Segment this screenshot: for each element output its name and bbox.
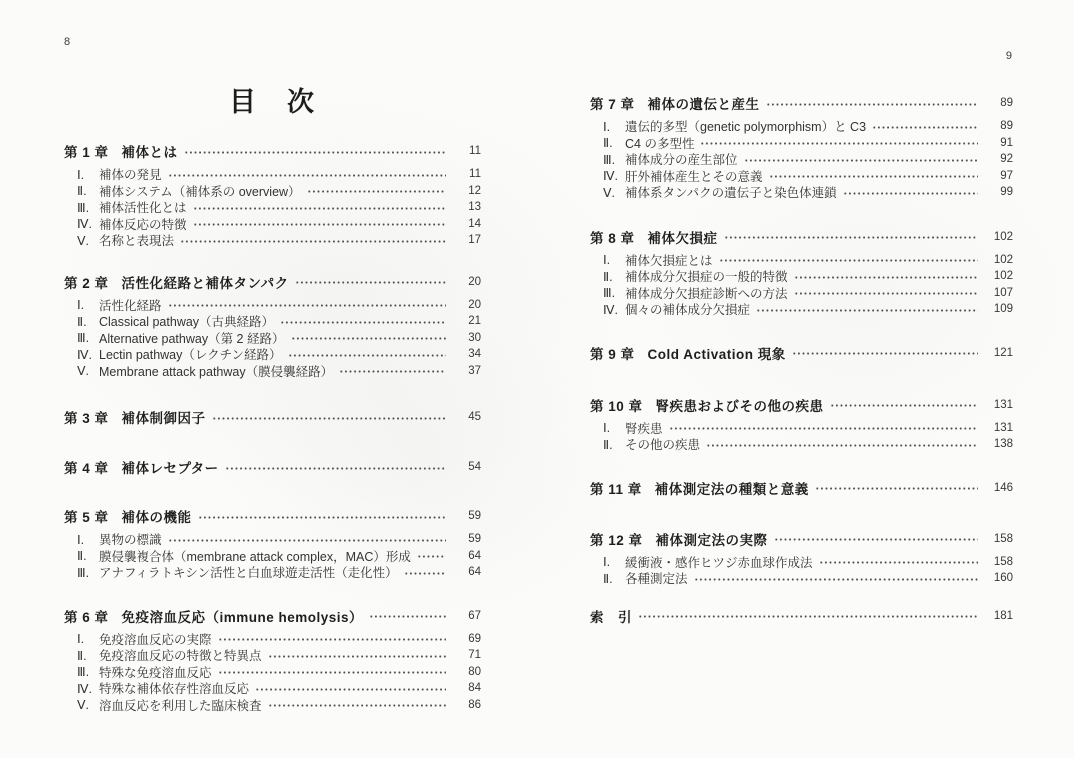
toc-item-row: Ⅲ. 補体活性化とは 13 bbox=[64, 199, 481, 216]
toc-item-row: Ⅰ. 補体欠損症とは 102 bbox=[590, 252, 1013, 269]
toc-item-row: Ⅱ. Classical pathway（古典経路） 21 bbox=[64, 313, 481, 330]
toc-item-row: Ⅱ. 免疫溶血反応の特徴と特異点 71 bbox=[64, 647, 481, 664]
dot-leader bbox=[843, 190, 978, 197]
item-label: 肝外補体産生とその意義 bbox=[625, 167, 763, 185]
toc-section: 第 4 章 補体レセプター 54 bbox=[64, 457, 481, 477]
item-label: その他の疾患 bbox=[625, 435, 700, 453]
item-page-ref: 17 bbox=[451, 234, 481, 246]
chapter-page-ref: 67 bbox=[451, 610, 481, 622]
toc-page-left: 8 目 次 第 1 章 補体とは 11 Ⅰ. 補体の発見 11 Ⅱ. 補体システ… bbox=[0, 0, 537, 758]
chapter-title: 補体とは bbox=[122, 141, 178, 161]
toc-item-row: Ⅱ. 膜侵襲複合体（membrane attack complex，MAC）形成… bbox=[64, 548, 481, 565]
toc-section: 第 6 章 免疫溶血反応（immune hemolysis） 67 Ⅰ. 免疫溶… bbox=[64, 606, 481, 714]
toc-section: 第 11 章 補体測定法の種類と意義 146 bbox=[590, 478, 1013, 498]
item-page-ref: 102 bbox=[983, 270, 1013, 282]
item-label: 補体成分欠損症の一般的特徴 bbox=[625, 267, 788, 285]
dot-leader bbox=[724, 234, 978, 241]
toc-item-row: Ⅰ. 免疫溶血反応の実際 69 bbox=[64, 631, 481, 648]
toc-items: Ⅰ. 免疫溶血反応の実際 69 Ⅱ. 免疫溶血反応の特徴と特異点 71 Ⅲ. 特… bbox=[64, 631, 481, 714]
dot-leader bbox=[769, 173, 978, 180]
page-right-content: 第 7 章 補体の遺伝と産生 89 Ⅰ. 遺伝的多型（genetic polym… bbox=[590, 0, 1013, 758]
item-page-ref: 86 bbox=[451, 699, 481, 711]
item-numeral: Ⅴ. bbox=[77, 363, 99, 378]
toc-items: Ⅰ. 補体の発見 11 Ⅱ. 補体システム（補体系の overview） 12 … bbox=[64, 166, 481, 249]
item-label: 特殊な補体依存性溶血反応 bbox=[99, 679, 249, 697]
item-page-ref: 89 bbox=[983, 120, 1013, 132]
item-page-ref: 160 bbox=[983, 572, 1013, 584]
item-numeral: Ⅳ. bbox=[77, 681, 99, 696]
dot-leader bbox=[694, 576, 978, 583]
item-numeral: Ⅰ. bbox=[77, 297, 99, 312]
dot-leader bbox=[756, 307, 978, 314]
item-page-ref: 34 bbox=[451, 348, 481, 360]
toc-item-row: Ⅲ. 特殊な免疫溶血反応 80 bbox=[64, 664, 481, 681]
chapter-page-ref: 89 bbox=[983, 97, 1013, 109]
dot-leader bbox=[417, 553, 446, 560]
dot-leader bbox=[706, 442, 978, 449]
dot-leader bbox=[212, 415, 446, 422]
dot-leader bbox=[404, 570, 446, 577]
dot-leader bbox=[288, 352, 446, 359]
chapter-page-ref: 102 bbox=[983, 231, 1013, 243]
toc-item-row: Ⅰ. 緩衝液・感作ヒツジ赤血球作成法 158 bbox=[590, 554, 1013, 571]
toc-section: 第 2 章 活性化経路と補体タンパク 20 Ⅰ. 活性化経路 20 Ⅱ. Cla… bbox=[64, 272, 481, 380]
toc-item-row: Ⅰ. 異物の標識 59 bbox=[64, 531, 481, 548]
toc-chapter-row: 第 4 章 補体レセプター 54 bbox=[64, 457, 481, 477]
dot-leader bbox=[794, 274, 978, 281]
item-page-ref: 84 bbox=[451, 682, 481, 694]
dot-leader bbox=[168, 302, 446, 309]
item-numeral: Ⅲ. bbox=[77, 200, 99, 215]
chapter-page-ref: 121 bbox=[983, 347, 1013, 359]
item-page-ref: 64 bbox=[451, 566, 481, 578]
item-page-ref: 30 bbox=[451, 332, 481, 344]
item-label: 遺伝的多型（genetic polymorphism）と C3 bbox=[625, 117, 866, 135]
item-label: 緩衝液・感作ヒツジ赤血球作成法 bbox=[625, 553, 813, 571]
chapter-page-ref: 131 bbox=[983, 399, 1013, 411]
item-label: 特殊な免疫溶血反応 bbox=[99, 663, 212, 681]
toc-chapter-row: 第 3 章 補体制御因子 45 bbox=[64, 407, 481, 427]
item-label: 補体活性化とは bbox=[99, 198, 187, 216]
chapter-title: 免疫溶血反応（immune hemolysis） bbox=[122, 606, 364, 626]
toc-item-row: Ⅱ. 補体システム（補体系の overview） 12 bbox=[64, 183, 481, 200]
item-numeral: Ⅳ. bbox=[603, 302, 625, 317]
toc-chapter-row: 第 9 章 Cold Activation 現象 121 bbox=[590, 343, 1013, 363]
dot-leader bbox=[225, 465, 446, 472]
toc-sections-left: 第 1 章 補体とは 11 Ⅰ. 補体の発見 11 Ⅱ. 補体システム（補体系の… bbox=[64, 141, 481, 713]
item-label: Classical pathway（古典経路） bbox=[99, 312, 274, 330]
dot-leader bbox=[792, 350, 978, 357]
dot-leader bbox=[744, 157, 978, 164]
toc-title: 目 次 bbox=[64, 80, 481, 119]
item-label: 補体の発見 bbox=[99, 165, 162, 183]
dot-leader bbox=[218, 669, 446, 676]
chapter-label: 第 6 章 bbox=[64, 606, 109, 626]
chapter-title: 補体の遺伝と産生 bbox=[648, 93, 760, 113]
dot-leader bbox=[180, 238, 446, 245]
dot-leader bbox=[774, 536, 978, 543]
toc-chapter-row: 第 7 章 補体の遺伝と産生 89 bbox=[590, 93, 1013, 113]
toc-item-row: Ⅳ. Lectin pathway（レクチン経路） 34 bbox=[64, 346, 481, 363]
toc-item-row: Ⅴ. Membrane attack pathway（膜侵襲経路） 37 bbox=[64, 363, 481, 380]
dot-leader bbox=[369, 613, 446, 620]
dot-leader bbox=[872, 124, 978, 131]
dot-leader bbox=[198, 514, 446, 521]
toc-items: Ⅰ. 遺伝的多型（genetic polymorphism）と C3 89 Ⅱ.… bbox=[590, 118, 1013, 201]
toc-items: Ⅰ. 補体欠損症とは 102 Ⅱ. 補体成分欠損症の一般的特徴 102 Ⅲ. 補… bbox=[590, 252, 1013, 318]
toc-section: 索 引 181 bbox=[590, 606, 1013, 626]
item-numeral: Ⅳ. bbox=[77, 216, 99, 231]
toc-item-row: Ⅱ. その他の疾患 138 bbox=[590, 436, 1013, 453]
dot-leader bbox=[280, 319, 446, 326]
dot-leader bbox=[638, 613, 978, 620]
toc-item-row: Ⅱ. 各種測定法 160 bbox=[590, 570, 1013, 587]
toc-chapter-row: 第 8 章 補体欠損症 102 bbox=[590, 227, 1013, 247]
toc-item-row: Ⅴ. 名称と表現法 17 bbox=[64, 232, 481, 249]
item-numeral: Ⅲ. bbox=[603, 285, 625, 300]
item-label: 補体欠損症とは bbox=[625, 251, 713, 269]
toc-item-row: Ⅴ. 溶血反応を利用した臨床検査 86 bbox=[64, 697, 481, 714]
dot-leader bbox=[815, 485, 978, 492]
chapter-page-ref: 59 bbox=[451, 510, 481, 522]
chapter-title: 腎疾患およびその他の疾患 bbox=[656, 395, 824, 415]
toc-item-row: Ⅰ. 活性化経路 20 bbox=[64, 297, 481, 314]
item-page-ref: 21 bbox=[451, 315, 481, 327]
toc-item-row: Ⅱ. C4 の多型性 91 bbox=[590, 135, 1013, 152]
item-label: 個々の補体成分欠損症 bbox=[625, 300, 750, 318]
chapter-label: 第 10 章 bbox=[590, 395, 643, 415]
item-numeral: Ⅱ. bbox=[77, 548, 99, 563]
dot-leader bbox=[830, 402, 978, 409]
toc-chapter-row: 第 12 章 補体測定法の実際 158 bbox=[590, 529, 1013, 549]
chapter-page-ref: 45 bbox=[451, 411, 481, 423]
item-numeral: Ⅳ. bbox=[603, 168, 625, 183]
item-page-ref: 14 bbox=[451, 218, 481, 230]
page-left-content: 目 次 第 1 章 補体とは 11 Ⅰ. 補体の発見 11 Ⅱ. 補体システム（… bbox=[64, 0, 481, 758]
toc-chapter-row: 第 6 章 免疫溶血反応（immune hemolysis） 67 bbox=[64, 606, 481, 626]
chapter-label: 索 引 bbox=[590, 606, 632, 626]
item-page-ref: 107 bbox=[983, 287, 1013, 299]
item-label: 補体反応の特徴 bbox=[99, 215, 187, 233]
chapter-page-ref: 20 bbox=[451, 276, 481, 288]
item-page-ref: 69 bbox=[451, 633, 481, 645]
item-page-ref: 20 bbox=[451, 299, 481, 311]
toc-sections-right: 第 7 章 補体の遺伝と産生 89 Ⅰ. 遺伝的多型（genetic polym… bbox=[590, 93, 1013, 626]
item-numeral: Ⅱ. bbox=[603, 437, 625, 452]
chapter-label: 第 2 章 bbox=[64, 272, 109, 292]
item-page-ref: 37 bbox=[451, 365, 481, 377]
item-label: C4 の多型性 bbox=[625, 134, 694, 152]
item-numeral: Ⅰ. bbox=[603, 554, 625, 569]
chapter-label: 第 7 章 bbox=[590, 93, 635, 113]
item-numeral: Ⅰ. bbox=[603, 252, 625, 267]
toc-section: 第 3 章 補体制御因子 45 bbox=[64, 407, 481, 427]
toc-item-row: Ⅳ. 補体反応の特徴 14 bbox=[64, 216, 481, 233]
toc-item-row: Ⅰ. 遺伝的多型（genetic polymorphism）と C3 89 bbox=[590, 118, 1013, 135]
chapter-title: 補体測定法の実際 bbox=[656, 529, 768, 549]
chapter-label: 第 3 章 bbox=[64, 407, 109, 427]
item-page-ref: 11 bbox=[451, 168, 481, 180]
item-page-ref: 131 bbox=[983, 422, 1013, 434]
item-numeral: Ⅰ. bbox=[77, 167, 99, 182]
chapter-title: 補体制御因子 bbox=[122, 407, 206, 427]
dot-leader bbox=[193, 205, 446, 212]
item-numeral: Ⅱ. bbox=[603, 269, 625, 284]
toc-item-row: Ⅲ. アナフィラトキシン活性と白血球遊走活性（走化性） 64 bbox=[64, 564, 481, 581]
toc-section: 第 9 章 Cold Activation 現象 121 bbox=[590, 343, 1013, 363]
toc-section: 第 1 章 補体とは 11 Ⅰ. 補体の発見 11 Ⅱ. 補体システム（補体系の… bbox=[64, 141, 481, 249]
item-numeral: Ⅱ. bbox=[77, 648, 99, 663]
toc-item-row: Ⅳ. 個々の補体成分欠損症 109 bbox=[590, 301, 1013, 318]
dot-leader bbox=[291, 335, 447, 342]
item-numeral: Ⅲ. bbox=[77, 664, 99, 679]
toc-item-row: Ⅱ. 補体成分欠損症の一般的特徴 102 bbox=[590, 268, 1013, 285]
toc-chapter-row: 第 5 章 補体の機能 59 bbox=[64, 506, 481, 526]
chapter-title: 補体測定法の種類と意義 bbox=[655, 478, 809, 498]
toc-chapter-row: 索 引 181 bbox=[590, 606, 1013, 626]
item-numeral: Ⅴ. bbox=[77, 233, 99, 248]
dot-leader bbox=[307, 188, 446, 195]
toc-section: 第 5 章 補体の機能 59 Ⅰ. 異物の標識 59 Ⅱ. 膜侵襲複合体（mem… bbox=[64, 506, 481, 581]
item-numeral: Ⅱ. bbox=[603, 135, 625, 150]
item-numeral: Ⅳ. bbox=[77, 347, 99, 362]
toc-item-row: Ⅳ. 肝外補体産生とその意義 97 bbox=[590, 168, 1013, 185]
item-label: 免疫溶血反応の実際 bbox=[99, 630, 212, 648]
toc-chapter-row: 第 10 章 腎疾患およびその他の疾患 131 bbox=[590, 395, 1013, 415]
item-numeral: Ⅰ. bbox=[77, 532, 99, 547]
dot-leader bbox=[719, 257, 978, 264]
item-page-ref: 92 bbox=[983, 153, 1013, 165]
item-numeral: Ⅱ. bbox=[603, 571, 625, 586]
item-label: Membrane attack pathway（膜侵襲経路） bbox=[99, 362, 333, 380]
dot-leader bbox=[339, 368, 446, 375]
dot-leader bbox=[819, 559, 978, 566]
toc-items: Ⅰ. 異物の標識 59 Ⅱ. 膜侵襲複合体（membrane attack co… bbox=[64, 531, 481, 581]
dot-leader bbox=[295, 279, 446, 286]
item-label: 溶血反応を利用した臨床検査 bbox=[99, 696, 262, 714]
dot-leader bbox=[700, 140, 978, 147]
dot-leader bbox=[168, 537, 446, 544]
toc-item-row: Ⅲ. Alternative pathway（第 2 経路） 30 bbox=[64, 330, 481, 347]
chapter-label: 第 8 章 bbox=[590, 227, 635, 247]
chapter-label: 第 4 章 bbox=[64, 457, 109, 477]
item-page-ref: 64 bbox=[451, 550, 481, 562]
chapter-label: 第 11 章 bbox=[590, 478, 642, 498]
item-page-ref: 80 bbox=[451, 666, 481, 678]
item-label: アナフィラトキシン活性と白血球遊走活性（走化性） bbox=[99, 563, 398, 581]
toc-section: 第 12 章 補体測定法の実際 158 Ⅰ. 緩衝液・感作ヒツジ赤血球作成法 1… bbox=[590, 529, 1013, 587]
chapter-page-ref: 11 bbox=[451, 145, 481, 157]
item-page-ref: 99 bbox=[983, 186, 1013, 198]
item-page-ref: 91 bbox=[983, 137, 1013, 149]
chapter-title: 補体の機能 bbox=[122, 506, 192, 526]
chapter-title: 補体欠損症 bbox=[648, 227, 718, 247]
item-label: 腎疾患 bbox=[625, 419, 663, 437]
toc-page-right: 9 第 7 章 補体の遺伝と産生 89 Ⅰ. 遺伝的多型（genetic pol… bbox=[537, 0, 1074, 758]
chapter-label: 第 9 章 bbox=[590, 343, 635, 363]
item-numeral: Ⅱ. bbox=[77, 314, 99, 329]
item-page-ref: 102 bbox=[983, 254, 1013, 266]
item-page-ref: 59 bbox=[451, 533, 481, 545]
item-label: 補体系タンパクの遺伝子と染色体連鎖 bbox=[625, 183, 837, 201]
item-page-ref: 71 bbox=[451, 649, 481, 661]
chapter-page-ref: 146 bbox=[983, 482, 1013, 494]
chapter-label: 第 12 章 bbox=[590, 529, 643, 549]
item-label: 名称と表現法 bbox=[99, 231, 174, 249]
item-label: Lectin pathway（レクチン経路） bbox=[99, 345, 282, 363]
item-label: 活性化経路 bbox=[99, 296, 162, 314]
item-numeral: Ⅲ. bbox=[77, 330, 99, 345]
dot-leader bbox=[168, 172, 446, 179]
item-numeral: Ⅴ. bbox=[77, 697, 99, 712]
dot-leader bbox=[794, 290, 978, 297]
toc-section: 第 7 章 補体の遺伝と産生 89 Ⅰ. 遺伝的多型（genetic polym… bbox=[590, 93, 1013, 201]
toc-items: Ⅰ. 腎疾患 131 Ⅱ. その他の疾患 138 bbox=[590, 420, 1013, 453]
item-label: 免疫溶血反応の特徴と特異点 bbox=[99, 646, 262, 664]
toc-item-row: Ⅲ. 補体成分欠損症診断への方法 107 bbox=[590, 285, 1013, 302]
toc-item-row: Ⅲ. 補体成分の産生部位 92 bbox=[590, 151, 1013, 168]
item-label: 膜侵襲複合体（membrane attack complex，MAC）形成 bbox=[99, 547, 411, 565]
chapter-label: 第 1 章 bbox=[64, 141, 109, 161]
dot-leader bbox=[766, 101, 978, 108]
toc-section: 第 10 章 腎疾患およびその他の疾患 131 Ⅰ. 腎疾患 131 Ⅱ. その… bbox=[590, 395, 1013, 453]
toc-items: Ⅰ. 活性化経路 20 Ⅱ. Classical pathway（古典経路） 2… bbox=[64, 297, 481, 380]
dot-leader bbox=[193, 221, 446, 228]
chapter-page-ref: 54 bbox=[451, 461, 481, 473]
dot-leader bbox=[255, 686, 446, 693]
item-page-ref: 97 bbox=[983, 170, 1013, 182]
item-numeral: Ⅲ. bbox=[77, 565, 99, 580]
chapter-title: 活性化経路と補体タンパク bbox=[122, 272, 289, 292]
toc-chapter-row: 第 1 章 補体とは 11 bbox=[64, 141, 481, 161]
toc-item-row: Ⅳ. 特殊な補体依存性溶血反応 84 bbox=[64, 680, 481, 697]
book-spread: 8 目 次 第 1 章 補体とは 11 Ⅰ. 補体の発見 11 Ⅱ. 補体システ… bbox=[0, 0, 1074, 758]
dot-leader bbox=[184, 149, 446, 156]
toc-item-row: Ⅰ. 腎疾患 131 bbox=[590, 420, 1013, 437]
toc-chapter-row: 第 2 章 活性化経路と補体タンパク 20 bbox=[64, 272, 481, 292]
item-page-ref: 12 bbox=[451, 185, 481, 197]
toc-items: Ⅰ. 緩衝液・感作ヒツジ赤血球作成法 158 Ⅱ. 各種測定法 160 bbox=[590, 554, 1013, 587]
toc-chapter-row: 第 11 章 補体測定法の種類と意義 146 bbox=[590, 478, 1013, 498]
dot-leader bbox=[669, 425, 978, 432]
item-label: 異物の標識 bbox=[99, 530, 162, 548]
item-label: Alternative pathway（第 2 経路） bbox=[99, 329, 285, 347]
item-page-ref: 138 bbox=[983, 438, 1013, 450]
item-label: 補体システム（補体系の overview） bbox=[99, 182, 301, 200]
item-numeral: Ⅴ. bbox=[603, 185, 625, 200]
item-label: 各種測定法 bbox=[625, 569, 688, 587]
dot-leader bbox=[268, 702, 446, 709]
item-numeral: Ⅰ. bbox=[603, 119, 625, 134]
item-label: 補体成分欠損症診断への方法 bbox=[625, 284, 788, 302]
toc-item-row: Ⅰ. 補体の発見 11 bbox=[64, 166, 481, 183]
dot-leader bbox=[268, 653, 446, 660]
dot-leader bbox=[218, 636, 446, 643]
chapter-page-ref: 181 bbox=[983, 610, 1013, 622]
item-numeral: Ⅱ. bbox=[77, 183, 99, 198]
item-numeral: Ⅰ. bbox=[603, 420, 625, 435]
item-label: 補体成分の産生部位 bbox=[625, 150, 738, 168]
item-page-ref: 158 bbox=[983, 556, 1013, 568]
chapter-title: Cold Activation 現象 bbox=[648, 343, 786, 363]
toc-section: 第 8 章 補体欠損症 102 Ⅰ. 補体欠損症とは 102 Ⅱ. 補体成分欠損… bbox=[590, 227, 1013, 318]
item-numeral: Ⅲ. bbox=[603, 152, 625, 167]
chapter-label: 第 5 章 bbox=[64, 506, 109, 526]
item-page-ref: 109 bbox=[983, 303, 1013, 315]
chapter-page-ref: 158 bbox=[983, 533, 1013, 545]
item-page-ref: 13 bbox=[451, 201, 481, 213]
chapter-title: 補体レセプター bbox=[122, 457, 219, 477]
toc-item-row: Ⅴ. 補体系タンパクの遺伝子と染色体連鎖 99 bbox=[590, 184, 1013, 201]
item-numeral: Ⅰ. bbox=[77, 631, 99, 646]
